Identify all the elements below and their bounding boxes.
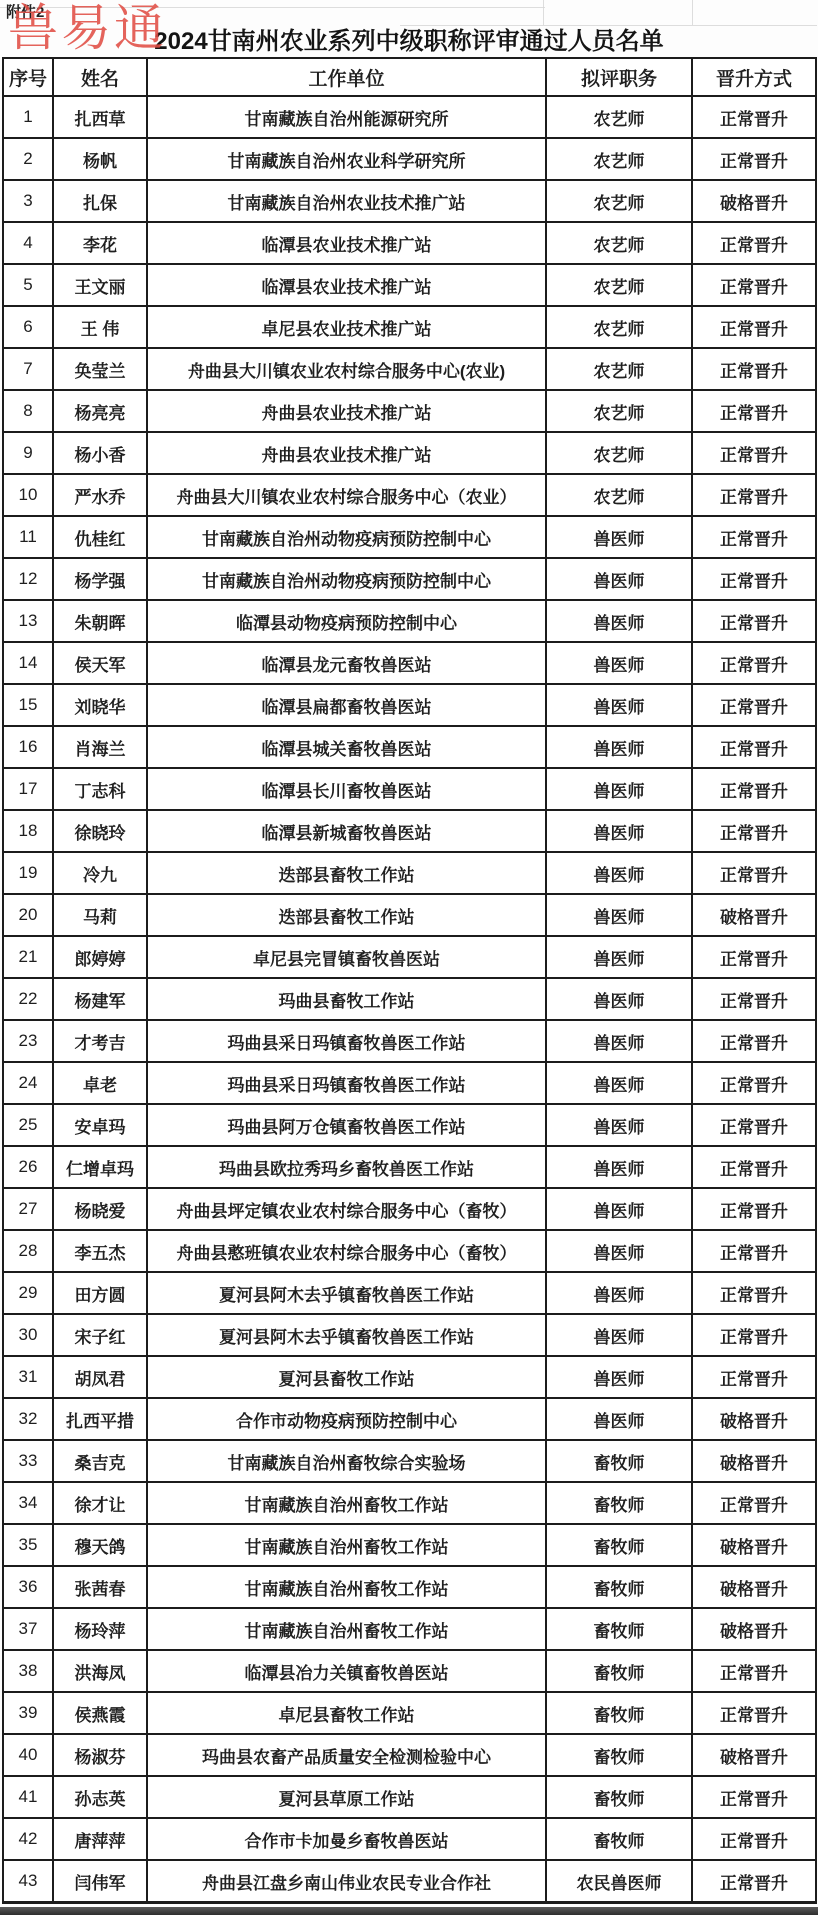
cell-no: 25 [3, 1104, 53, 1146]
cell-unit: 临潭县城关畜牧兽医站 [147, 726, 546, 768]
cell-promotion: 正常晋升 [692, 1230, 816, 1272]
cell-promotion: 正常晋升 [692, 138, 816, 180]
table-row: 35穆天鸽甘南藏族自治州畜牧工作站畜牧师破格晋升 [3, 1524, 816, 1566]
cell-no: 27 [3, 1188, 53, 1230]
cell-promotion: 正常晋升 [692, 1314, 816, 1356]
cell-promotion: 正常晋升 [692, 726, 816, 768]
cell-proposed-title: 兽医师 [546, 978, 692, 1020]
table-row: 27杨晓爱舟曲县坪定镇农业农村综合服务中心（畜牧）兽医师正常晋升 [3, 1188, 816, 1230]
table-row: 41孙志英夏河县草原工作站畜牧师正常晋升 [3, 1776, 816, 1818]
cell-promotion: 正常晋升 [692, 1818, 816, 1860]
cell-unit: 夏河县畜牧工作站 [147, 1356, 546, 1398]
table-row: 36张茜春甘南藏族自治州畜牧工作站畜牧师破格晋升 [3, 1566, 816, 1608]
cell-promotion: 正常晋升 [692, 852, 816, 894]
cell-proposed-title: 畜牧师 [546, 1608, 692, 1650]
cell-promotion: 正常晋升 [692, 810, 816, 852]
cell-promotion: 正常晋升 [692, 1356, 816, 1398]
cell-unit: 合作市卡加曼乡畜牧兽医站 [147, 1818, 546, 1860]
header-row: 序号姓名工作单位拟评职务晋升方式 [3, 58, 816, 96]
cell-promotion: 正常晋升 [692, 1272, 816, 1314]
cell-name: 侯燕霞 [53, 1692, 147, 1734]
table-row: 4李花临潭县农业技术推广站农艺师正常晋升 [3, 222, 816, 264]
table-row: 23才考吉玛曲县采日玛镇畜牧兽医工作站兽医师正常晋升 [3, 1020, 816, 1062]
cell-name: 卓老 [53, 1062, 147, 1104]
cell-promotion: 破格晋升 [692, 1608, 816, 1650]
cell-no: 23 [3, 1020, 53, 1062]
cell-name: 桑吉克 [53, 1440, 147, 1482]
cell-promotion: 正常晋升 [692, 264, 816, 306]
cell-no: 15 [3, 684, 53, 726]
cell-proposed-title: 兽医师 [546, 1062, 692, 1104]
cell-name: 杨学强 [53, 558, 147, 600]
table-row: 43闫伟军舟曲县江盘乡南山伟业农民专业合作社农民兽医师正常晋升 [3, 1860, 816, 1903]
cell-proposed-title: 兽医师 [546, 516, 692, 558]
cell-promotion: 正常晋升 [692, 1188, 816, 1230]
table-row: 16肖海兰临潭县城关畜牧兽医站兽医师正常晋升 [3, 726, 816, 768]
table-row: 32扎西平措合作市动物疫病预防控制中心兽医师破格晋升 [3, 1398, 816, 1440]
roster-table: 序号姓名工作单位拟评职务晋升方式 1扎西草甘南藏族自治州能源研究所农艺师正常晋升… [2, 57, 817, 1904]
cell-name: 扎西草 [53, 96, 147, 138]
cell-proposed-title: 兽医师 [546, 726, 692, 768]
cell-unit: 甘南藏族自治州农业科学研究所 [147, 138, 546, 180]
cell-no: 9 [3, 432, 53, 474]
cell-no: 41 [3, 1776, 53, 1818]
cell-promotion: 正常晋升 [692, 684, 816, 726]
cell-name: 徐才让 [53, 1482, 147, 1524]
cell-name: 丁志科 [53, 768, 147, 810]
column-header-0: 序号 [3, 58, 53, 96]
cell-proposed-title: 兽医师 [546, 894, 692, 936]
cell-unit: 临潭县农业技术推广站 [147, 264, 546, 306]
cell-no: 2 [3, 138, 53, 180]
column-header-1: 姓名 [53, 58, 147, 96]
cell-promotion: 正常晋升 [692, 96, 816, 138]
cell-proposed-title: 农艺师 [546, 222, 692, 264]
cell-promotion: 正常晋升 [692, 1776, 816, 1818]
cell-promotion: 正常晋升 [692, 978, 816, 1020]
cell-proposed-title: 兽医师 [546, 642, 692, 684]
cell-proposed-title: 兽医师 [546, 1230, 692, 1272]
watermark-text: 兽易通 [8, 3, 167, 53]
cell-unit: 临潭县新城畜牧兽医站 [147, 810, 546, 852]
cell-unit: 临潭县长川畜牧兽医站 [147, 768, 546, 810]
cell-proposed-title: 兽医师 [546, 1314, 692, 1356]
table-row: 10严水乔舟曲县大川镇农业农村综合服务中心（农业）农艺师正常晋升 [3, 474, 816, 516]
cell-name: 胡凤君 [53, 1356, 147, 1398]
cell-unit: 夏河县阿木去乎镇畜牧兽医工作站 [147, 1272, 546, 1314]
table-row: 11仇桂红甘南藏族自治州动物疫病预防控制中心兽医师正常晋升 [3, 516, 816, 558]
cell-no: 43 [3, 1860, 53, 1903]
cell-promotion: 破格晋升 [692, 180, 816, 222]
cell-unit: 卓尼县畜牧工作站 [147, 1692, 546, 1734]
cell-no: 6 [3, 306, 53, 348]
table-row: 14侯天军临潭县龙元畜牧兽医站兽医师正常晋升 [3, 642, 816, 684]
cell-no: 21 [3, 936, 53, 978]
cell-no: 14 [3, 642, 53, 684]
cell-unit: 甘南藏族自治州动物疫病预防控制中心 [147, 516, 546, 558]
cell-proposed-title: 兽医师 [546, 600, 692, 642]
table-row: 17丁志科临潭县长川畜牧兽医站兽医师正常晋升 [3, 768, 816, 810]
table-row: 30宋子红夏河县阿木去乎镇畜牧兽医工作站兽医师正常晋升 [3, 1314, 816, 1356]
cell-no: 17 [3, 768, 53, 810]
cell-name: 洪海凤 [53, 1650, 147, 1692]
cell-name: 朱朝晖 [53, 600, 147, 642]
cell-name: 郎婷婷 [53, 936, 147, 978]
cell-unit: 舟曲县大川镇农业农村综合服务中心(农业) [147, 348, 546, 390]
table-row: 8杨亮亮舟曲县农业技术推广站农艺师正常晋升 [3, 390, 816, 432]
cell-no: 37 [3, 1608, 53, 1650]
cell-unit: 卓尼县完冒镇畜牧兽医站 [147, 936, 546, 978]
cell-no: 39 [3, 1692, 53, 1734]
table-row: 2杨帆甘南藏族自治州农业科学研究所农艺师正常晋升 [3, 138, 816, 180]
cell-promotion: 正常晋升 [692, 222, 816, 264]
cell-no: 35 [3, 1524, 53, 1566]
cell-unit: 甘南藏族自治州畜牧工作站 [147, 1566, 546, 1608]
table-row: 18徐晓玲临潭县新城畜牧兽医站兽医师正常晋升 [3, 810, 816, 852]
cell-name: 王 伟 [53, 306, 147, 348]
table-header: 序号姓名工作单位拟评职务晋升方式 [3, 58, 816, 96]
cell-name: 杨帆 [53, 138, 147, 180]
table-row: 3扎保甘南藏族自治州农业技术推广站农艺师破格晋升 [3, 180, 816, 222]
cell-unit: 舟曲县坪定镇农业农村综合服务中心（畜牧） [147, 1188, 546, 1230]
column-header-4: 晋升方式 [692, 58, 816, 96]
bottom-edge-shadow [0, 1907, 818, 1915]
cell-unit: 舟曲县农业技术推广站 [147, 390, 546, 432]
cell-proposed-title: 兽医师 [546, 1272, 692, 1314]
cell-unit: 舟曲县农业技术推广站 [147, 432, 546, 474]
cell-unit: 甘南藏族自治州农业技术推广站 [147, 180, 546, 222]
cell-proposed-title: 农艺师 [546, 138, 692, 180]
cell-unit: 玛曲县畜牧工作站 [147, 978, 546, 1020]
cell-no: 42 [3, 1818, 53, 1860]
cell-proposed-title: 兽医师 [546, 1356, 692, 1398]
cell-name: 孙志英 [53, 1776, 147, 1818]
cell-unit: 玛曲县采日玛镇畜牧兽医工作站 [147, 1062, 546, 1104]
table-row: 6王 伟卓尼县农业技术推广站农艺师正常晋升 [3, 306, 816, 348]
cell-promotion: 破格晋升 [692, 1524, 816, 1566]
cell-name: 田方圆 [53, 1272, 147, 1314]
cell-proposed-title: 畜牧师 [546, 1566, 692, 1608]
cell-proposed-title: 兽医师 [546, 684, 692, 726]
cell-proposed-title: 农艺师 [546, 432, 692, 474]
cell-proposed-title: 农艺师 [546, 96, 692, 138]
table-row: 39侯燕霞卓尼县畜牧工作站畜牧师正常晋升 [3, 1692, 816, 1734]
cell-proposed-title: 畜牧师 [546, 1650, 692, 1692]
cell-no: 1 [3, 96, 53, 138]
cell-unit: 舟曲县憨班镇农业农村综合服务中心（畜牧） [147, 1230, 546, 1272]
table-row: 40杨淑芬玛曲县农畜产品质量安全检测检验中心畜牧师破格晋升 [3, 1734, 816, 1776]
cell-no: 5 [3, 264, 53, 306]
cell-unit: 临潭县冶力关镇畜牧兽医站 [147, 1650, 546, 1692]
cell-name: 杨晓爱 [53, 1188, 147, 1230]
cell-no: 13 [3, 600, 53, 642]
cell-promotion: 正常晋升 [692, 768, 816, 810]
cell-no: 18 [3, 810, 53, 852]
cell-name: 杨玲萍 [53, 1608, 147, 1650]
table-row: 24卓老玛曲县采日玛镇畜牧兽医工作站兽医师正常晋升 [3, 1062, 816, 1104]
table-row: 34徐才让甘南藏族自治州畜牧工作站畜牧师正常晋升 [3, 1482, 816, 1524]
cell-no: 24 [3, 1062, 53, 1104]
cell-unit: 临潭县扁都畜牧兽医站 [147, 684, 546, 726]
table-row: 37杨玲萍甘南藏族自治州畜牧工作站畜牧师破格晋升 [3, 1608, 816, 1650]
cell-unit: 夏河县阿木去乎镇畜牧兽医工作站 [147, 1314, 546, 1356]
cell-promotion: 正常晋升 [692, 1020, 816, 1062]
cell-promotion: 正常晋升 [692, 348, 816, 390]
cell-proposed-title: 农艺师 [546, 180, 692, 222]
cell-no: 32 [3, 1398, 53, 1440]
cell-name: 刘晓华 [53, 684, 147, 726]
cell-no: 8 [3, 390, 53, 432]
cell-name: 张茜春 [53, 1566, 147, 1608]
cell-no: 28 [3, 1230, 53, 1272]
cell-unit: 玛曲县欧拉秀玛乡畜牧兽医工作站 [147, 1146, 546, 1188]
cell-proposed-title: 兽医师 [546, 558, 692, 600]
cell-name: 穆天鸽 [53, 1524, 147, 1566]
cell-proposed-title: 畜牧师 [546, 1818, 692, 1860]
cell-proposed-title: 兽医师 [546, 936, 692, 978]
table-row: 31胡凤君夏河县畜牧工作站兽医师正常晋升 [3, 1356, 816, 1398]
cell-promotion: 破格晋升 [692, 1734, 816, 1776]
table-row: 21郎婷婷卓尼县完冒镇畜牧兽医站兽医师正常晋升 [3, 936, 816, 978]
cell-no: 26 [3, 1146, 53, 1188]
cell-unit: 卓尼县农业技术推广站 [147, 306, 546, 348]
cell-no: 10 [3, 474, 53, 516]
cell-proposed-title: 农艺师 [546, 264, 692, 306]
cell-name: 扎保 [53, 180, 147, 222]
cell-proposed-title: 畜牧师 [546, 1440, 692, 1482]
table-row: 29田方圆夏河县阿木去乎镇畜牧兽医工作站兽医师正常晋升 [3, 1272, 816, 1314]
cell-proposed-title: 兽医师 [546, 810, 692, 852]
cell-promotion: 正常晋升 [692, 1692, 816, 1734]
cell-unit: 临潭县龙元畜牧兽医站 [147, 642, 546, 684]
table-row: 19冷九迭部县畜牧工作站兽医师正常晋升 [3, 852, 816, 894]
cell-promotion: 正常晋升 [692, 390, 816, 432]
cell-name: 杨淑芬 [53, 1734, 147, 1776]
cell-unit: 合作市动物疫病预防控制中心 [147, 1398, 546, 1440]
cell-unit: 玛曲县采日玛镇畜牧兽医工作站 [147, 1020, 546, 1062]
cell-no: 4 [3, 222, 53, 264]
cell-no: 11 [3, 516, 53, 558]
cell-no: 19 [3, 852, 53, 894]
cell-promotion: 正常晋升 [692, 1650, 816, 1692]
cell-proposed-title: 畜牧师 [546, 1734, 692, 1776]
cell-unit: 夏河县草原工作站 [147, 1776, 546, 1818]
cell-name: 王文丽 [53, 264, 147, 306]
cell-no: 36 [3, 1566, 53, 1608]
cell-no: 38 [3, 1650, 53, 1692]
cell-promotion: 破格晋升 [692, 1440, 816, 1482]
cell-name: 杨小香 [53, 432, 147, 474]
cell-promotion: 破格晋升 [692, 1566, 816, 1608]
cell-name: 仇桂红 [53, 516, 147, 558]
cell-unit: 舟曲县大川镇农业农村综合服务中心（农业） [147, 474, 546, 516]
cell-name: 杨亮亮 [53, 390, 147, 432]
cell-no: 3 [3, 180, 53, 222]
cell-promotion: 正常晋升 [692, 1860, 816, 1903]
cell-name: 奂莹兰 [53, 348, 147, 390]
cell-promotion: 正常晋升 [692, 558, 816, 600]
cell-unit: 甘南藏族自治州畜牧综合实验场 [147, 1440, 546, 1482]
cell-proposed-title: 兽医师 [546, 1020, 692, 1062]
cell-name: 马莉 [53, 894, 147, 936]
cell-promotion: 破格晋升 [692, 1398, 816, 1440]
cell-proposed-title: 兽医师 [546, 1104, 692, 1146]
cell-unit: 舟曲县江盘乡南山伟业农民专业合作社 [147, 1860, 546, 1903]
table-row: 22杨建军玛曲县畜牧工作站兽医师正常晋升 [3, 978, 816, 1020]
cell-proposed-title: 畜牧师 [546, 1524, 692, 1566]
cell-unit: 玛曲县阿万仓镇畜牧兽医工作站 [147, 1104, 546, 1146]
cell-unit: 甘南藏族自治州能源研究所 [147, 96, 546, 138]
cell-promotion: 正常晋升 [692, 600, 816, 642]
cell-unit: 甘南藏族自治州畜牧工作站 [147, 1524, 546, 1566]
cell-name: 宋子红 [53, 1314, 147, 1356]
cell-proposed-title: 兽医师 [546, 1188, 692, 1230]
cell-no: 12 [3, 558, 53, 600]
cell-proposed-title: 兽医师 [546, 1146, 692, 1188]
table-row: 9杨小香舟曲县农业技术推广站农艺师正常晋升 [3, 432, 816, 474]
table-body: 1扎西草甘南藏族自治州能源研究所农艺师正常晋升2杨帆甘南藏族自治州农业科学研究所… [3, 96, 816, 1903]
cell-no: 30 [3, 1314, 53, 1356]
cell-name: 闫伟军 [53, 1860, 147, 1903]
cell-no: 34 [3, 1482, 53, 1524]
cell-promotion: 正常晋升 [692, 1146, 816, 1188]
cell-promotion: 正常晋升 [692, 516, 816, 558]
table-row: 26仁增卓玛玛曲县欧拉秀玛乡畜牧兽医工作站兽医师正常晋升 [3, 1146, 816, 1188]
cell-unit: 玛曲县农畜产品质量安全检测检验中心 [147, 1734, 546, 1776]
cell-proposed-title: 农艺师 [546, 348, 692, 390]
cell-proposed-title: 兽医师 [546, 1398, 692, 1440]
cell-no: 31 [3, 1356, 53, 1398]
table-row: 20马莉迭部县畜牧工作站兽医师破格晋升 [3, 894, 816, 936]
cell-promotion: 正常晋升 [692, 936, 816, 978]
table-row: 28李五杰舟曲县憨班镇农业农村综合服务中心（畜牧）兽医师正常晋升 [3, 1230, 816, 1272]
cell-no: 40 [3, 1734, 53, 1776]
table-row: 7奂莹兰舟曲县大川镇农业农村综合服务中心(农业)农艺师正常晋升 [3, 348, 816, 390]
cell-proposed-title: 畜牧师 [546, 1776, 692, 1818]
cell-name: 杨建军 [53, 978, 147, 1020]
cell-name: 严水乔 [53, 474, 147, 516]
cell-proposed-title: 农艺师 [546, 474, 692, 516]
cell-unit: 迭部县畜牧工作站 [147, 852, 546, 894]
cell-promotion: 正常晋升 [692, 1062, 816, 1104]
cell-name: 仁增卓玛 [53, 1146, 147, 1188]
table-row: 15刘晓华临潭县扁都畜牧兽医站兽医师正常晋升 [3, 684, 816, 726]
cell-proposed-title: 兽医师 [546, 852, 692, 894]
cell-no: 33 [3, 1440, 53, 1482]
cell-name: 安卓玛 [53, 1104, 147, 1146]
cell-promotion: 正常晋升 [692, 1482, 816, 1524]
cell-name: 侯天军 [53, 642, 147, 684]
cell-promotion: 正常晋升 [692, 642, 816, 684]
table-row: 25安卓玛玛曲县阿万仓镇畜牧兽医工作站兽医师正常晋升 [3, 1104, 816, 1146]
cell-name: 唐萍萍 [53, 1818, 147, 1860]
cell-proposed-title: 农民兽医师 [546, 1860, 692, 1903]
column-header-2: 工作单位 [147, 58, 546, 96]
cell-name: 才考吉 [53, 1020, 147, 1062]
cell-promotion: 正常晋升 [692, 432, 816, 474]
cell-name: 徐晓玲 [53, 810, 147, 852]
cell-proposed-title: 兽医师 [546, 768, 692, 810]
table-row: 38洪海凤临潭县冶力关镇畜牧兽医站畜牧师正常晋升 [3, 1650, 816, 1692]
cell-unit: 甘南藏族自治州畜牧工作站 [147, 1482, 546, 1524]
table-row: 33桑吉克甘南藏族自治州畜牧综合实验场畜牧师破格晋升 [3, 1440, 816, 1482]
cell-no: 20 [3, 894, 53, 936]
table-row: 42唐萍萍合作市卡加曼乡畜牧兽医站畜牧师正常晋升 [3, 1818, 816, 1860]
cell-promotion: 正常晋升 [692, 474, 816, 516]
cell-no: 22 [3, 978, 53, 1020]
cell-unit: 临潭县动物疫病预防控制中心 [147, 600, 546, 642]
document-page: 附件2 兽易通 2024甘南州农业系列中级职称评审通过人员名单 序号姓名工作单位… [0, 0, 818, 1915]
cell-name: 李花 [53, 222, 147, 264]
column-header-3: 拟评职务 [546, 58, 692, 96]
cell-proposed-title: 农艺师 [546, 306, 692, 348]
table-row: 12杨学强甘南藏族自治州动物疫病预防控制中心兽医师正常晋升 [3, 558, 816, 600]
table-row: 13朱朝晖临潭县动物疫病预防控制中心兽医师正常晋升 [3, 600, 816, 642]
cell-unit: 甘南藏族自治州畜牧工作站 [147, 1608, 546, 1650]
cell-no: 16 [3, 726, 53, 768]
cell-unit: 迭部县畜牧工作站 [147, 894, 546, 936]
table-row: 5王文丽临潭县农业技术推广站农艺师正常晋升 [3, 264, 816, 306]
cell-name: 李五杰 [53, 1230, 147, 1272]
cell-proposed-title: 畜牧师 [546, 1482, 692, 1524]
cell-unit: 临潭县农业技术推广站 [147, 222, 546, 264]
cell-name: 扎西平措 [53, 1398, 147, 1440]
cell-unit: 甘南藏族自治州动物疫病预防控制中心 [147, 558, 546, 600]
cell-promotion: 正常晋升 [692, 306, 816, 348]
cell-proposed-title: 畜牧师 [546, 1692, 692, 1734]
cell-no: 7 [3, 348, 53, 390]
cell-promotion: 破格晋升 [692, 894, 816, 936]
cell-name: 冷九 [53, 852, 147, 894]
cell-name: 肖海兰 [53, 726, 147, 768]
cell-promotion: 正常晋升 [692, 1104, 816, 1146]
cell-proposed-title: 农艺师 [546, 390, 692, 432]
table-row: 1扎西草甘南藏族自治州能源研究所农艺师正常晋升 [3, 96, 816, 138]
cell-no: 29 [3, 1272, 53, 1314]
